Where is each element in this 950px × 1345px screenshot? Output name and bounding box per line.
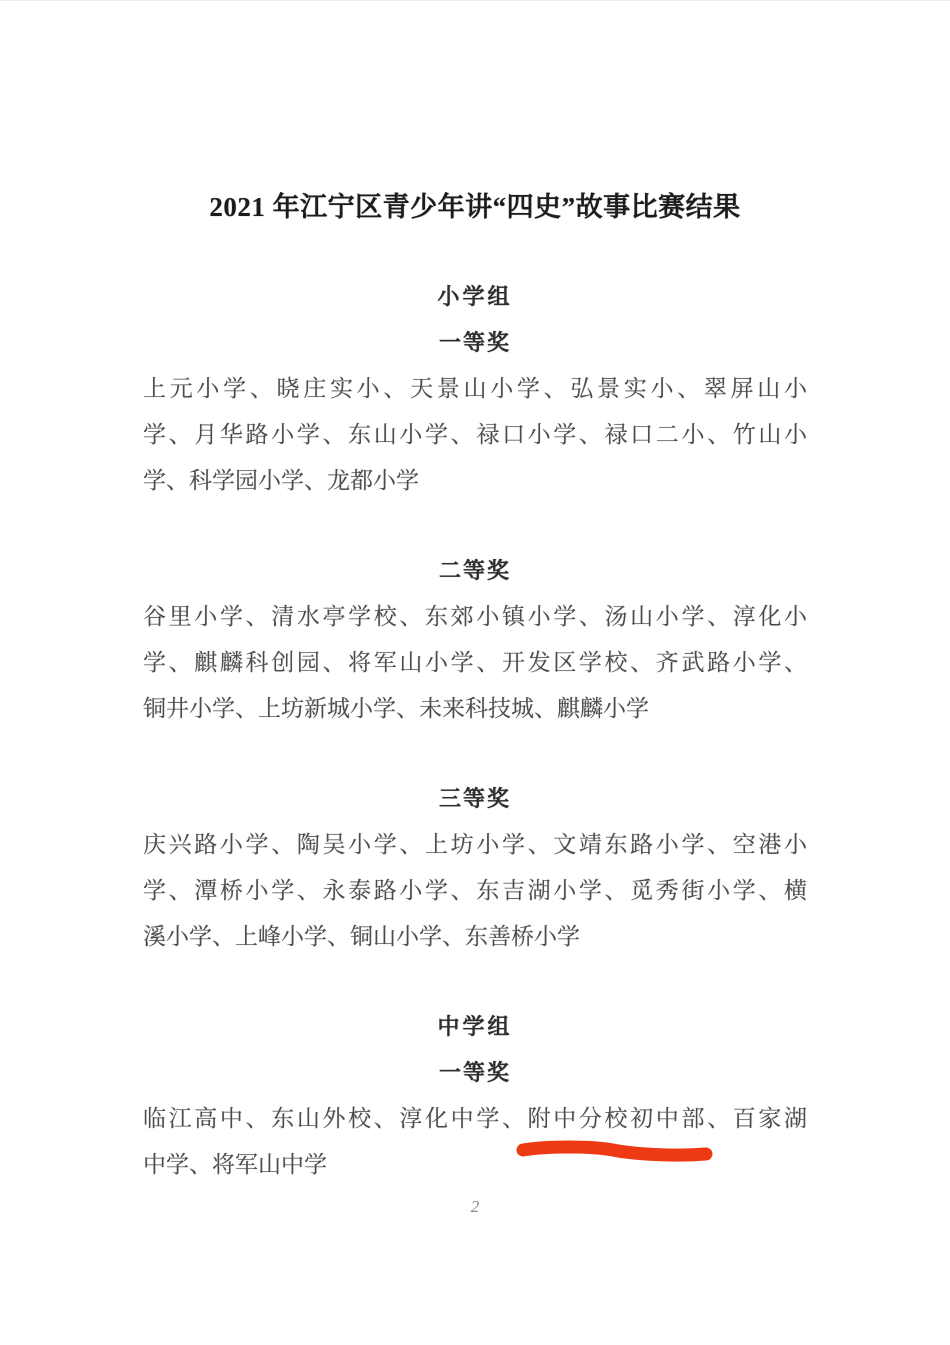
prize-heading: 三等奖 <box>143 776 807 822</box>
school-list-line: 学、月华路小学、东山小学、禄口小学、禄口二小、竹山小 <box>143 412 807 458</box>
school-list: 临江高中、东山外校、淳化中学、附中分校初中部、百家湖 中学、将军山中学 <box>143 1096 807 1188</box>
school-list-line: 临江高中、东山外校、淳化中学、附中分校初中部、百家湖 <box>143 1096 807 1142</box>
prize-block-first: 一等奖 临江高中、东山外校、淳化中学、附中分校初中部、百家湖 中学、将军山中学 <box>143 1050 807 1188</box>
school-list-line: 谷里小学、清水亭学校、东郊小镇小学、汤山小学、淳化小 <box>143 594 807 640</box>
prize-heading: 一等奖 <box>143 320 807 366</box>
school-list-line: 学、麒麟科创园、将军山小学、开发区学校、齐武路小学、 <box>143 640 807 686</box>
school-list-line: 学、潭桥小学、永泰路小学、东吉湖小学、觅秀街小学、横 <box>143 868 807 914</box>
school-list-line: 铜井小学、上坊新城小学、未来科技城、麒麟小学 <box>143 686 807 732</box>
prize-block-third: 三等奖 庆兴路小学、陶吴小学、上坊小学、文靖东路小学、空港小 学、潭桥小学、永泰… <box>143 776 807 960</box>
school-list-line: 溪小学、上峰小学、铜山小学、东善桥小学 <box>143 914 807 960</box>
document-title: 2021 年江宁区青少年讲“四史”故事比赛结果 <box>143 184 807 230</box>
prize-block-first: 一等奖 上元小学、晓庄实小、天景山小学、弘景实小、翠屏山小 学、月华路小学、东山… <box>143 320 807 504</box>
page-number: 2 <box>0 1197 950 1217</box>
group-primary-school: 小学组 一等奖 上元小学、晓庄实小、天景山小学、弘景实小、翠屏山小 学、月华路小… <box>143 274 807 960</box>
group-heading: 中学组 <box>143 1004 807 1050</box>
school-list-line: 上元小学、晓庄实小、天景山小学、弘景实小、翠屏山小 <box>143 366 807 412</box>
prize-heading: 二等奖 <box>143 548 807 594</box>
school-list-line: 庆兴路小学、陶吴小学、上坊小学、文靖东路小学、空港小 <box>143 822 807 868</box>
prize-block-second: 二等奖 谷里小学、清水亭学校、东郊小镇小学、汤山小学、淳化小 学、麒麟科创园、将… <box>143 548 807 732</box>
group-heading: 小学组 <box>143 274 807 320</box>
school-list: 庆兴路小学、陶吴小学、上坊小学、文靖东路小学、空港小 学、潭桥小学、永泰路小学、… <box>143 822 807 960</box>
school-list-line: 学、科学园小学、龙都小学 <box>143 458 807 504</box>
document-page: 2021 年江宁区青少年讲“四史”故事比赛结果 小学组 一等奖 上元小学、晓庄实… <box>0 0 950 1345</box>
group-middle-school: 中学组 一等奖 临江高中、东山外校、淳化中学、附中分校初中部、百家湖 中学、将军… <box>143 1004 807 1188</box>
school-list-line: 中学、将军山中学 <box>143 1142 807 1188</box>
document-content: 2021 年江宁区青少年讲“四史”故事比赛结果 小学组 一等奖 上元小学、晓庄实… <box>143 184 807 1188</box>
school-list: 谷里小学、清水亭学校、东郊小镇小学、汤山小学、淳化小 学、麒麟科创园、将军山小学… <box>143 594 807 732</box>
prize-heading: 一等奖 <box>143 1050 807 1096</box>
school-list: 上元小学、晓庄实小、天景山小学、弘景实小、翠屏山小 学、月华路小学、东山小学、禄… <box>143 366 807 504</box>
